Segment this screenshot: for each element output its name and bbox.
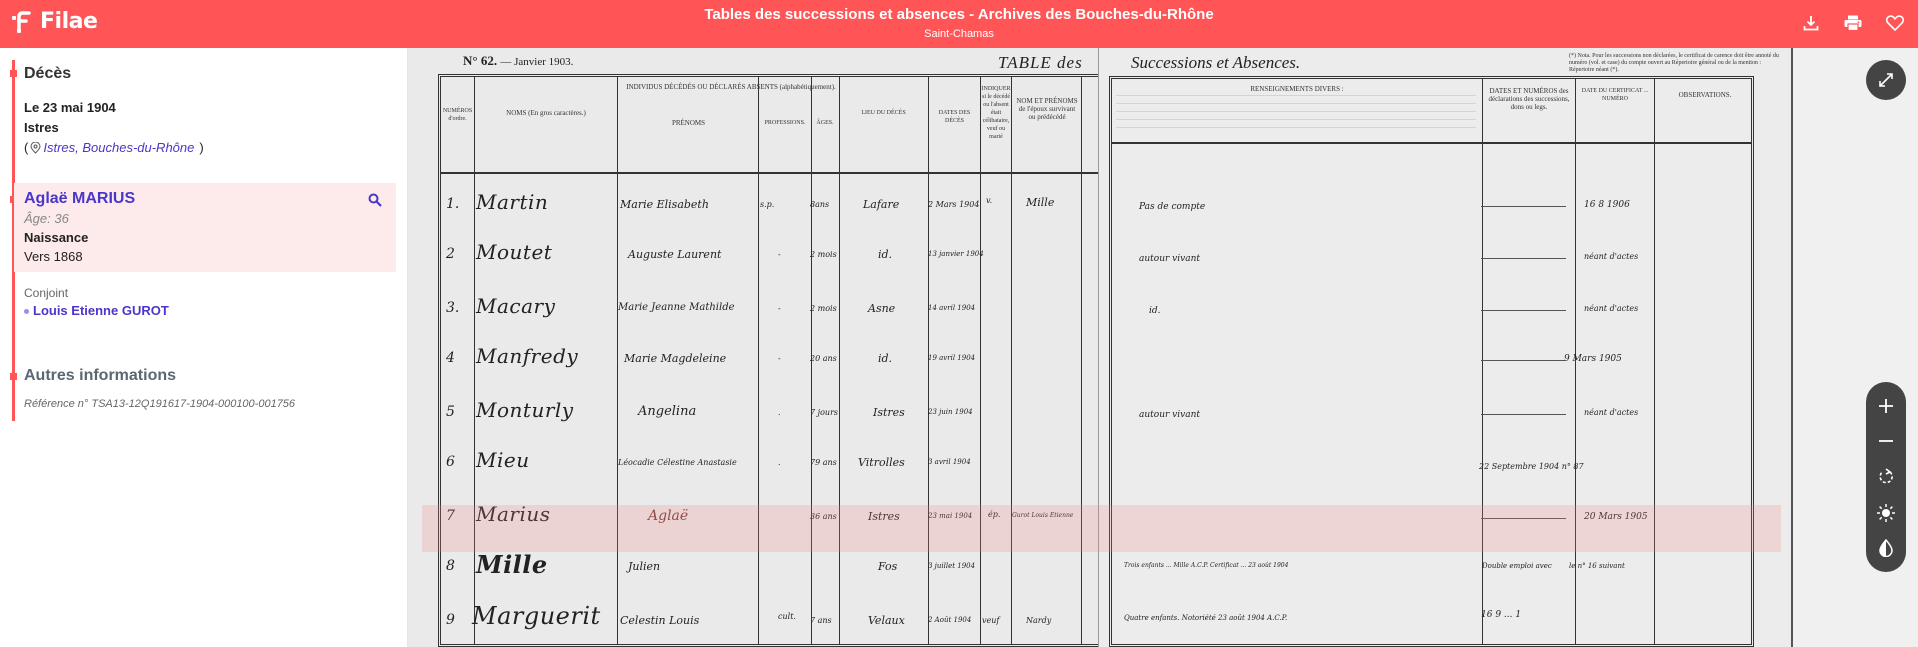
other-info-title: Autres informations xyxy=(24,366,393,386)
person-name[interactable]: Aglaë MARIUS xyxy=(24,189,135,209)
favorite-button[interactable] xyxy=(1884,12,1906,34)
print-button[interactable] xyxy=(1842,12,1864,34)
timeline-marker xyxy=(10,373,17,380)
table-row: 6 Mieu Léocadie Célestine Anastasie . 79… xyxy=(438,442,1098,494)
person-age: Âge: 36 xyxy=(24,209,135,228)
viewer-toolbar xyxy=(1866,382,1906,572)
header-dates: DATES DES DÉCÈS xyxy=(929,109,980,125)
header-prenoms: PRÉNOMS xyxy=(631,119,746,127)
zoom-out-icon xyxy=(1878,433,1894,449)
rotate-icon xyxy=(1877,468,1895,486)
page-subtitle: Saint-Chamas xyxy=(0,26,1918,42)
document-scan[interactable]: N° 62. — Janvier 1903. TABLE des INDIVID… xyxy=(408,48,1793,647)
header-numero: NUMÉROS d'ordre. xyxy=(441,107,474,123)
document-left-page: N° 62. — Janvier 1903. TABLE des INDIVID… xyxy=(408,48,1098,647)
death-event-section: Décès Le 23 mai 1904 Istres ( Istres, Bo… xyxy=(24,64,393,158)
dash-line xyxy=(1481,258,1566,259)
app-header: Filae Tables des successions et absences… xyxy=(0,0,1918,48)
location-link[interactable]: Istres, Bouches-du-Rhône xyxy=(43,138,194,158)
contrast-icon xyxy=(1878,539,1894,557)
contrast-button[interactable] xyxy=(1871,533,1901,563)
document-number: N° 62. — Janvier 1903. xyxy=(463,53,573,69)
header-noms: NOMS (En gros caractères.) xyxy=(501,109,591,117)
event-place: Istres xyxy=(24,118,393,138)
table-row: 5 Monturly Angelina . 7 jours Istres 23 … xyxy=(438,390,1098,442)
birth-value: Vers 1868 xyxy=(24,247,135,266)
event-location: ( Istres, Bouches-du-Rhône ) xyxy=(24,138,393,158)
right-rows: Pas de compte 16 8 1906 autour vivant né… xyxy=(1109,182,1754,647)
dash-line xyxy=(1481,310,1566,311)
dash-line xyxy=(1481,360,1566,361)
filae-logo[interactable]: Filae xyxy=(12,10,97,34)
header-observations: OBSERVATIONS. xyxy=(1657,91,1753,99)
fullscreen-button[interactable] xyxy=(1866,60,1906,100)
table-row: 8 Mille Julien Fos 3 juillet 1904 xyxy=(438,546,1098,598)
image-viewer[interactable]: N° 62. — Janvier 1903. TABLE des INDIVID… xyxy=(408,48,1918,647)
filae-logo-icon xyxy=(12,10,36,34)
location-pin-icon xyxy=(30,142,41,154)
nota-text: (*) Nota. Pour les successions non décla… xyxy=(1569,53,1784,74)
zoom-out-button[interactable] xyxy=(1871,426,1901,456)
header-titles: Tables des successions et absences - Arc… xyxy=(0,6,1918,42)
brightness-icon xyxy=(1876,503,1896,523)
header-professions: PROFESSIONS. xyxy=(759,119,811,127)
dash-line xyxy=(1481,206,1566,207)
header-group: INDIVIDUS DÉCÉDÉS OU DÉCLARÉS ABSENTS (a… xyxy=(541,83,921,91)
header-indiquer: INDIQUER si le décédé ou l'absent était … xyxy=(981,85,1011,141)
download-button[interactable] xyxy=(1800,12,1822,34)
table-row: 3. Macary Marie Jeanne Mathilde - 2 mois… xyxy=(438,286,1098,338)
spouse-name: Louis Etienne GUROT xyxy=(33,302,169,320)
header-dates-numeros: DATES ET NUMÉROS des déclarations des su… xyxy=(1484,87,1574,111)
birth-label: Naissance xyxy=(24,228,135,247)
record-sidebar: Décès Le 23 mai 1904 Istres ( Istres, Bo… xyxy=(0,48,408,647)
table-heading: TABLE des xyxy=(998,53,1083,73)
search-person-button[interactable] xyxy=(368,193,384,209)
event-title: Décès xyxy=(24,64,393,84)
spouse-link[interactable]: Louis Etienne GUROT xyxy=(24,302,393,320)
brightness-button[interactable] xyxy=(1871,498,1901,528)
header-date-certificat: DATE DU CERTIFICAT ... NUMÉRO xyxy=(1578,87,1652,103)
header-actions xyxy=(1800,12,1906,34)
reference-number: Référence n° TSA13-12Q191617-1904-000100… xyxy=(24,396,393,412)
table-row: 1. Martin Marie Elisabeth s.p. 8ans Lafa… xyxy=(438,182,1098,234)
bullet-icon xyxy=(24,309,29,314)
zoom-in-icon xyxy=(1878,398,1894,414)
location-paren-close: ) xyxy=(199,138,203,158)
expand-icon xyxy=(1877,71,1895,89)
heart-icon xyxy=(1886,15,1904,31)
download-icon xyxy=(1803,15,1819,31)
timeline-marker xyxy=(10,70,17,77)
document-right-page: Successions et Absences. (*) Nota. Pour … xyxy=(1098,48,1791,647)
renseignements-text-block xyxy=(1116,95,1476,135)
dash-line xyxy=(1481,414,1566,415)
header-renseignements: RENSEIGNEMENTS DIVERS : xyxy=(1172,85,1422,93)
left-rows: 1. Martin Marie Elisabeth s.p. 8ans Lafa… xyxy=(438,182,1098,647)
table-row: 7 Marius Aglaë 36 ans Istres 23 mai 1904… xyxy=(438,494,1098,546)
location-paren-open: ( xyxy=(24,138,28,158)
header-ages: ÂGES. xyxy=(811,119,839,127)
table-row: 4 Manfredy Marie Magdeleine - 20 ans id.… xyxy=(438,338,1098,390)
header-nom-epoux: NOM ET PRÉNOMS de l'époux survivant ou p… xyxy=(1016,97,1078,121)
table-row: 9 Marguerit Celestin Louis cult. 7 ans V… xyxy=(438,598,1098,647)
header-lieu: LIEU DU DÉCÈS xyxy=(846,109,921,117)
dash-line xyxy=(1481,518,1566,519)
print-icon xyxy=(1844,15,1862,31)
other-info-section: Autres informations Référence n° TSA13-1… xyxy=(24,366,393,412)
table-row: 2 Moutet Auguste Laurent - 2 mois id. 13… xyxy=(438,234,1098,286)
spouse-section: Conjoint Louis Etienne GUROT xyxy=(24,284,393,320)
search-icon xyxy=(368,193,382,207)
event-date: Le 23 mai 1904 xyxy=(24,98,393,118)
person-card: Aglaë MARIUS Âge: 36 Naissance Vers 1868 xyxy=(14,183,396,272)
spouse-label: Conjoint xyxy=(24,284,393,302)
successions-heading: Successions et Absences. xyxy=(1131,53,1300,73)
page-title: Tables des successions et absences - Arc… xyxy=(0,6,1918,24)
logo-text: Filae xyxy=(40,10,97,34)
rotate-button[interactable] xyxy=(1871,462,1901,492)
zoom-in-button[interactable] xyxy=(1871,391,1901,421)
